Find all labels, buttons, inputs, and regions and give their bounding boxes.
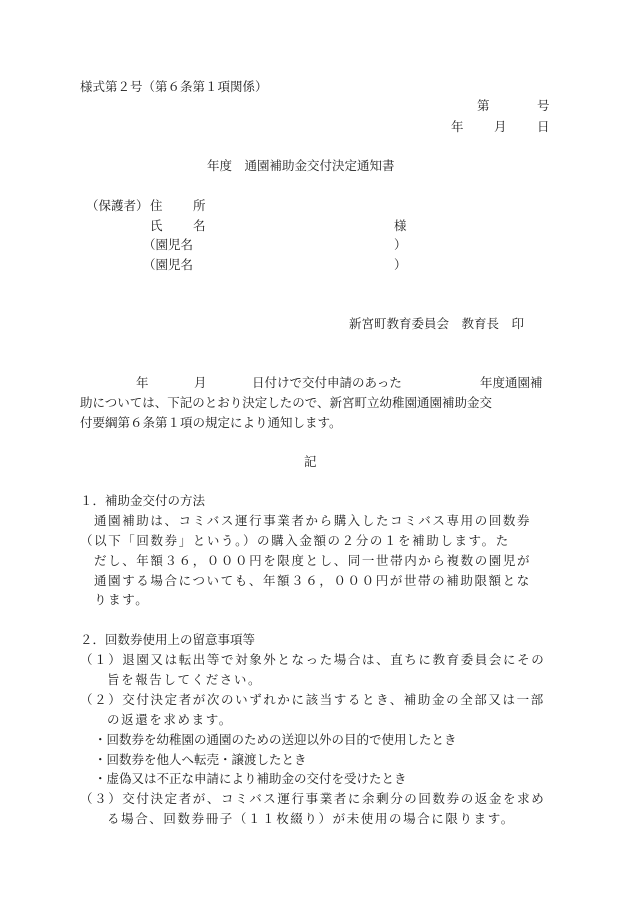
bullet-item: ・回数券を他人へ転売・譲渡したとき [94,754,307,767]
name-label-1: 氏 [150,220,163,233]
child-name-1-close: ） [394,239,407,252]
section2-item3-line: （３）交付決定者が、コミバス運行事業者に余剰分の回数券の返金を求め [80,793,545,806]
ki-label: 記 [304,456,317,469]
date-month-label: 月 [494,121,507,134]
body-line-2: 助については、下記のとおり決定したので、新宮町立幼稚園通園補助金交 [80,397,492,410]
address-label-2: 所 [193,200,206,213]
body-line1-mid: 日付けで交付申請のあった [252,377,402,390]
section2-item2-line: （２）交付決定者が次のいずれかに該当するとき、補助金の全部又は一部 [80,694,545,707]
address-label-1: 住 [150,200,163,213]
date-day-label: 日 [537,121,550,134]
bullet-item: ・虚偽又は不正な申請により補助金の交付を受けたとき [94,773,407,786]
section1-line: ります。 [94,594,149,607]
body-year-label: 年 [136,377,149,390]
document-title: 年度 通園補助金交付決定通知書 [207,160,395,173]
section2-item2-line: の返還を求めます。 [107,714,233,727]
doc-number-suffix: 号 [537,100,550,113]
child-name-1-open: （園児名 [143,239,193,252]
section1-line: だし、年額３６，０００円を限度とし、同一世帯内から複数の園児が [94,555,531,568]
issuer: 新宮町教育委員会 教育長 印 [349,318,524,331]
guardian-label: （保護者） [86,200,149,213]
bullet-item: ・回数券を幼稚園の通園のための送迎以外の目的で使用したとき [94,734,457,747]
body-line1-end: 年度通園補 [480,377,543,390]
section2-item3-line: る場合、回数券冊子（１１枚綴り）が未使用の場合に限ります。 [107,813,515,826]
name-label-2: 名 [193,220,206,233]
body-month-label: 月 [194,377,207,390]
child-name-2-close: ） [394,259,407,272]
section1-heading: １．補助金交付の方法 [80,495,205,508]
honorific: 様 [394,220,407,233]
section2-heading: ２．回数券使用上の留意事項等 [80,634,255,647]
section2-item1-line: 旨を報告してください。 [107,674,262,687]
child-name-2-open: （園児名 [143,259,193,272]
doc-number-prefix: 第 [477,100,490,113]
body-line-3: 付要綱第６条第１項の規定により通知します。 [80,417,342,430]
section2-item1-line: （１）退園又は転出等で対象外となった場合は、直ちに教育委員会にその [80,654,545,667]
form-label: 様式第２号（第６条第１項関係） [80,81,268,94]
section1-line: （以下「回数券」という。）の購入金額の２分の１を補助します。た [80,535,510,548]
section1-line: 通園する場合についても、年額３６，０００円が世帯の補助限額とな [94,575,531,588]
date-year-label: 年 [451,121,464,134]
section1-line: 通園補助は、コミバス運行事業者から購入したコミバス専用の回数券 [94,515,531,528]
